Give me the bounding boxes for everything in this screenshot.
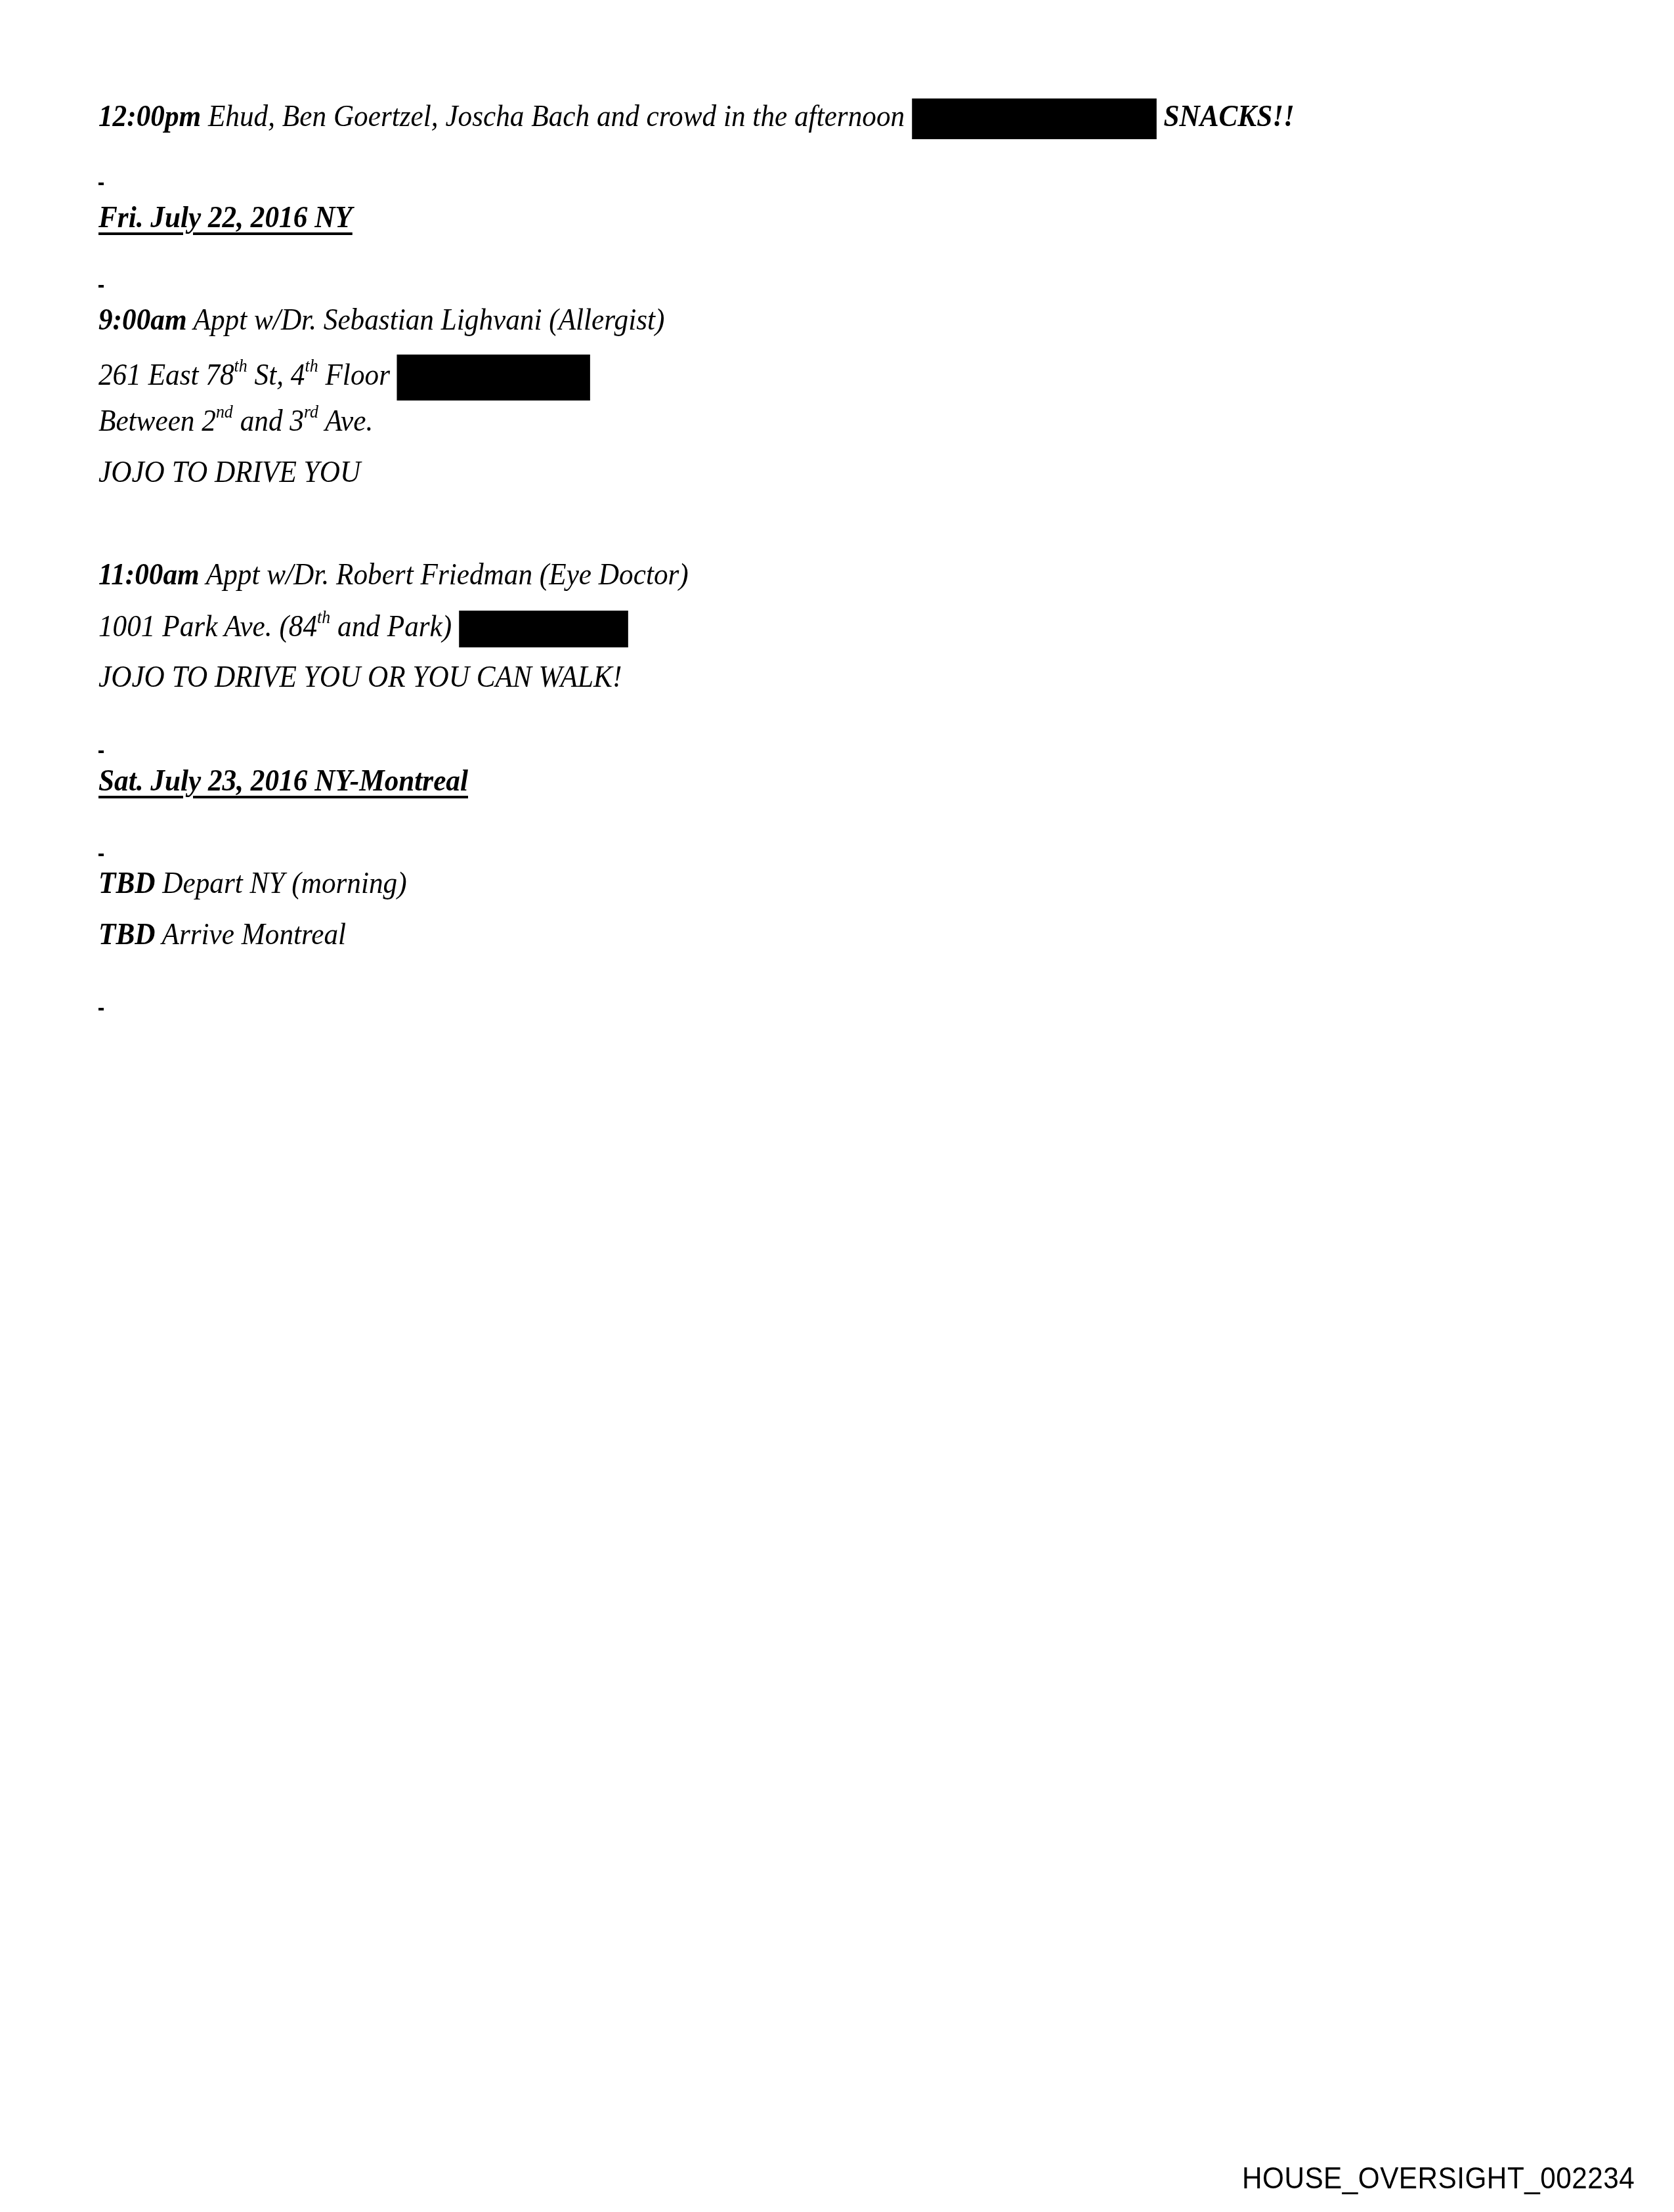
entry-time: TBD [98, 917, 155, 951]
day-heading-sat: Sat. July 23, 2016 NY-Montreal [98, 766, 468, 796]
address-part: 1001 Park Ave. (84 [98, 609, 317, 643]
entry-time: TBD [98, 866, 155, 900]
ordinal-suffix: th [317, 607, 330, 628]
cross-street-part: Ave. [318, 404, 373, 438]
entry-text: Appt w/Dr. Robert Friedman (Eye Doctor) [206, 557, 689, 592]
ordinal-suffix: th [305, 356, 318, 376]
ordinal-suffix: th [234, 356, 247, 376]
address-allergist: 261 East 78th St, 4th Floor [98, 355, 590, 401]
entry-text: Depart NY (morning) [162, 866, 406, 900]
day-heading-fri: Fri. July 22, 2016 NY [98, 202, 353, 233]
entry-time: 12:00pm [98, 99, 201, 133]
cross-street-part: Between 2 [98, 404, 216, 438]
address-part: and Park) [330, 609, 452, 643]
travel-arrive: TBD Arrive Montreal [98, 919, 346, 950]
separator-dash [98, 285, 104, 288]
appointment-allergist: 9:00am Appt w/Dr. Sebastian Lighvani (Al… [98, 305, 664, 336]
entry-text: Appt w/Dr. Sebastian Lighvani (Allergist… [194, 303, 665, 337]
redaction-box [459, 611, 628, 647]
appointment-eye-doctor: 11:00am Appt w/Dr. Robert Friedman (Eye … [98, 559, 689, 590]
redaction-box [397, 355, 590, 401]
address-part: 261 East 78 [98, 358, 234, 392]
travel-depart: TBD Depart NY (morning) [98, 868, 407, 899]
address-part: St, 4 [247, 358, 305, 392]
bates-number: HOUSE_OVERSIGHT_002234 [1242, 2160, 1635, 2196]
entry-text: Ehud, Ben Goertzel, Joscha Bach and crow… [208, 99, 905, 133]
address-eye-doctor: 1001 Park Ave. (84th and Park) [98, 611, 628, 647]
separator-dash [98, 854, 104, 856]
address-part: Floor [318, 358, 390, 392]
driver-note-1: JOJO TO DRIVE YOU [98, 457, 360, 488]
driver-note-2: JOJO TO DRIVE YOU OR YOU CAN WALK! [98, 662, 622, 693]
entry-time: 11:00am [98, 557, 200, 592]
separator-dash [98, 750, 104, 753]
snacks-entry: 12:00pm Ehud, Ben Goertzel, Joscha Bach … [98, 98, 1295, 139]
entry-note: SNACKS!! [1163, 99, 1295, 133]
cross-street-part: and 3 [233, 404, 304, 438]
ordinal-suffix: rd [304, 402, 318, 422]
cross-streets-allergist: Between 2nd and 3rd Ave. [98, 406, 373, 437]
entry-time: 9:00am [98, 303, 187, 337]
entry-text: Arrive Montreal [162, 917, 347, 951]
separator-dash [98, 1008, 104, 1010]
separator-dash [98, 183, 104, 185]
ordinal-suffix: nd [216, 402, 233, 422]
redaction-box [912, 98, 1157, 139]
